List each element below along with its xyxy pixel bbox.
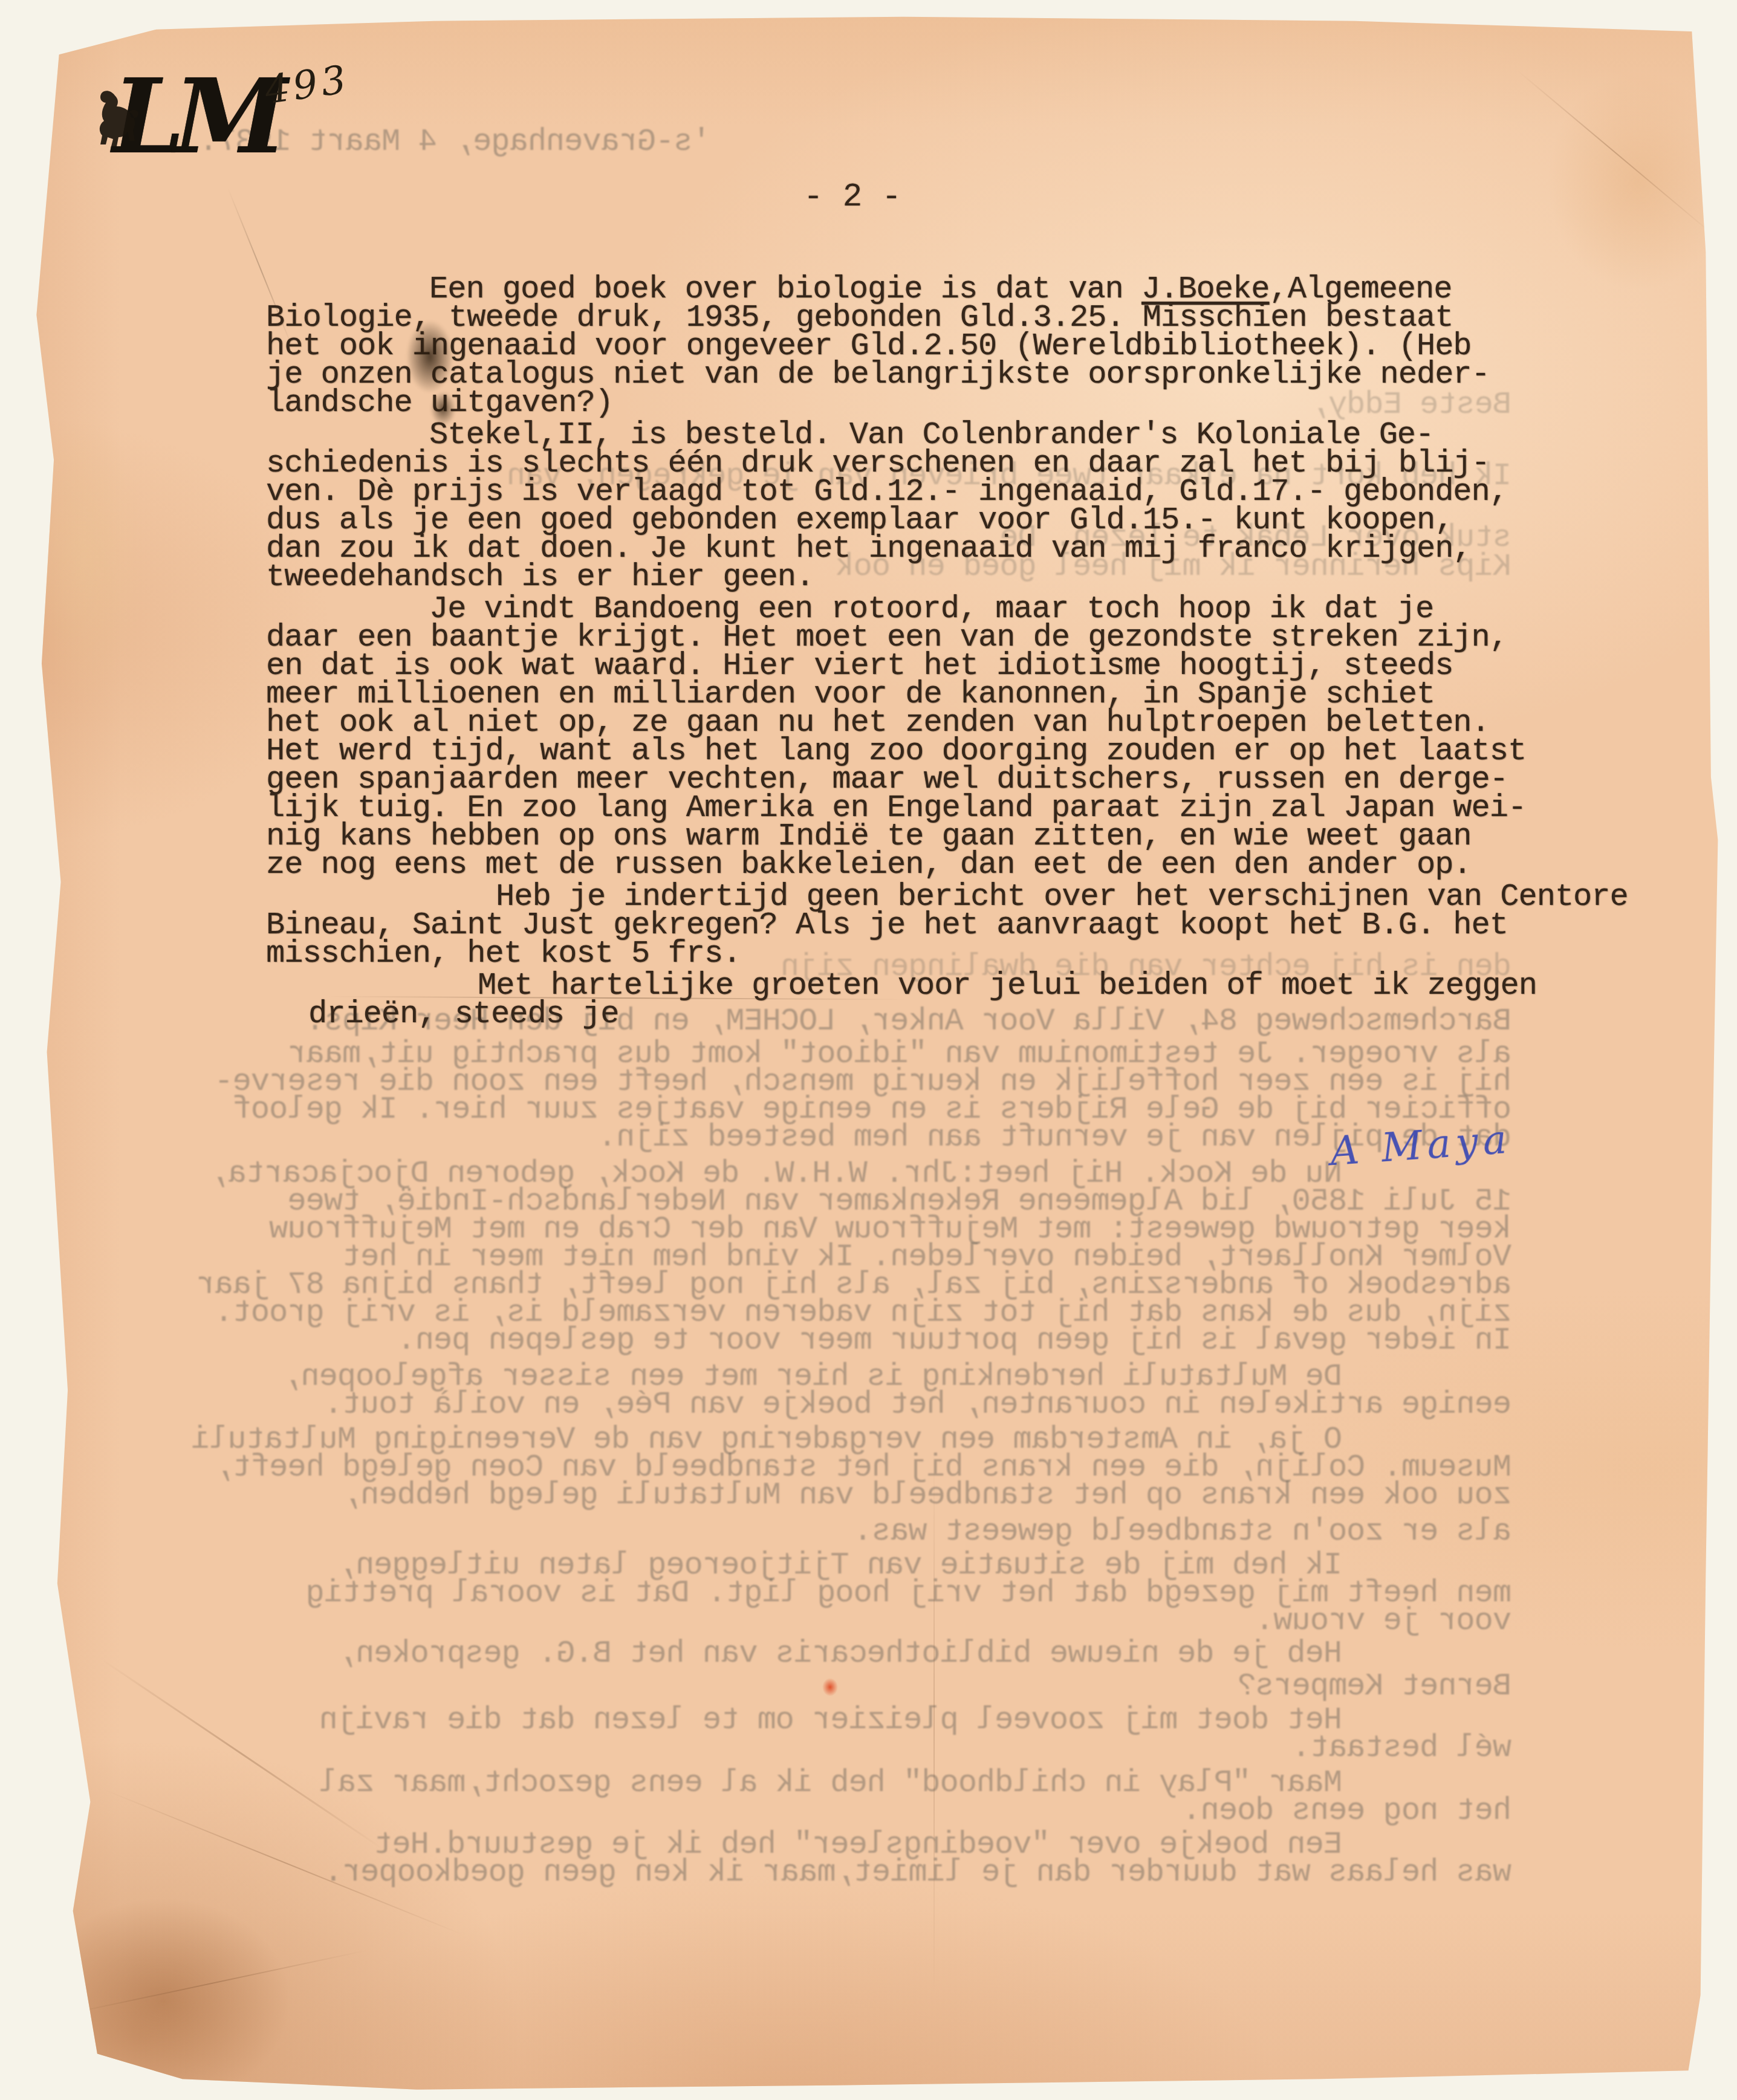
typed-line: Je vindt Bandoeng een rotoord, maar toch…	[266, 595, 1620, 623]
typed-line: schiedenis is slechts één druk verschene…	[266, 449, 1620, 478]
typed-line: ven. Dè prijs is verlaagd tot Gld.12.- i…	[266, 478, 1620, 506]
typed-line: landsche uitgaven?)	[266, 389, 1620, 417]
typed-line: geen spanjaarden meer vechten, maar wel …	[266, 765, 1620, 794]
bleed-line: was helaas wat duurder dan je limiet,maa…	[325, 1855, 1511, 1890]
bleed-line: eenige artikelen in couranten, het boekj…	[325, 1387, 1511, 1422]
collection-stamp: LM 493	[112, 65, 277, 168]
typed-line: je onzen catalogus niet van de belangrij…	[266, 360, 1620, 389]
typed-line: misschien, het kost 5 frs.	[266, 939, 1620, 968]
typed-line: dus als je een goed gebonden exemplaar v…	[266, 506, 1620, 534]
typed-line: Het werd tijd, want als het lang zoo doo…	[266, 737, 1620, 765]
paper-stain	[24, 411, 145, 701]
bleed-line: voor je vrouw.	[1256, 1603, 1511, 1639]
typed-line: meer millioenen en milliarden voor de ka…	[266, 680, 1620, 708]
bleed-line: In ieder geval is hij geen portuur meer …	[397, 1323, 1511, 1358]
typed-line: tweedehandsch is er hier geen.	[266, 563, 1620, 591]
typed-line: Met hartelijke groeten voor jelui beiden…	[266, 971, 1620, 1000]
typed-line: Heb je indertijd geen bericht over het v…	[266, 883, 1620, 911]
bleed-line: zou ook een krans op het standbeeld van …	[343, 1477, 1511, 1513]
bleed-line: het nog eens doen.	[1183, 1793, 1511, 1829]
typed-line: ze nog eens met de russen bakkeleien, da…	[266, 851, 1620, 879]
bleed-line: Bernet Kempers?	[1238, 1668, 1511, 1704]
typed-line: dan zou ik dat doen. Je kunt het ingenaa…	[266, 534, 1620, 563]
typed-line: Stekel,II, is besteld. Van Colenbrander'…	[266, 421, 1620, 449]
ink-blot	[430, 392, 456, 426]
typed-line: lijk tuig. En zoo lang Amerika en Engela…	[266, 794, 1620, 822]
typed-text: Een goed boek over biologie is dat van J…	[266, 275, 1620, 1032]
lion-icon	[89, 85, 144, 157]
letter-paper: 's-Gravenhage, 4 Maart 1937.Beste Eddy,I…	[0, 0, 1737, 2100]
bleed-line: Heb je de nieuwe bibliothecaris van het …	[338, 1636, 1342, 1671]
typed-line: Biologie, tweede druk, 1935, gebonden Gl…	[266, 303, 1620, 332]
bleed-line: wél bestaat.	[1293, 1730, 1511, 1766]
bleed-line: als er zoo'n standbeeld geweest was.	[854, 1514, 1511, 1549]
page-number: - 2 -	[0, 179, 1705, 216]
typed-line: en dat is ook wat waard. Hier viert het …	[266, 652, 1620, 680]
typed-line: daar een baantje krijgt. Het moet een va…	[266, 623, 1620, 652]
typed-line: Bineau, Saint Just gekregen? Als je het …	[266, 911, 1620, 939]
typed-line: Een goed boek over biologie is dat van J…	[266, 275, 1620, 303]
typed-line: het ook ingenaaid voor ongeveer Gld.2.50…	[266, 332, 1620, 360]
typed-line: drieën, steeds je	[266, 1000, 1620, 1028]
typed-line: nig kans hebben op ons warm Indië te gaa…	[266, 822, 1620, 851]
bleed-line: Het doet mij zooveel pleizier om te leze…	[320, 1702, 1342, 1738]
typed-line: het ook al niet op, ze gaan nu het zende…	[266, 708, 1620, 737]
